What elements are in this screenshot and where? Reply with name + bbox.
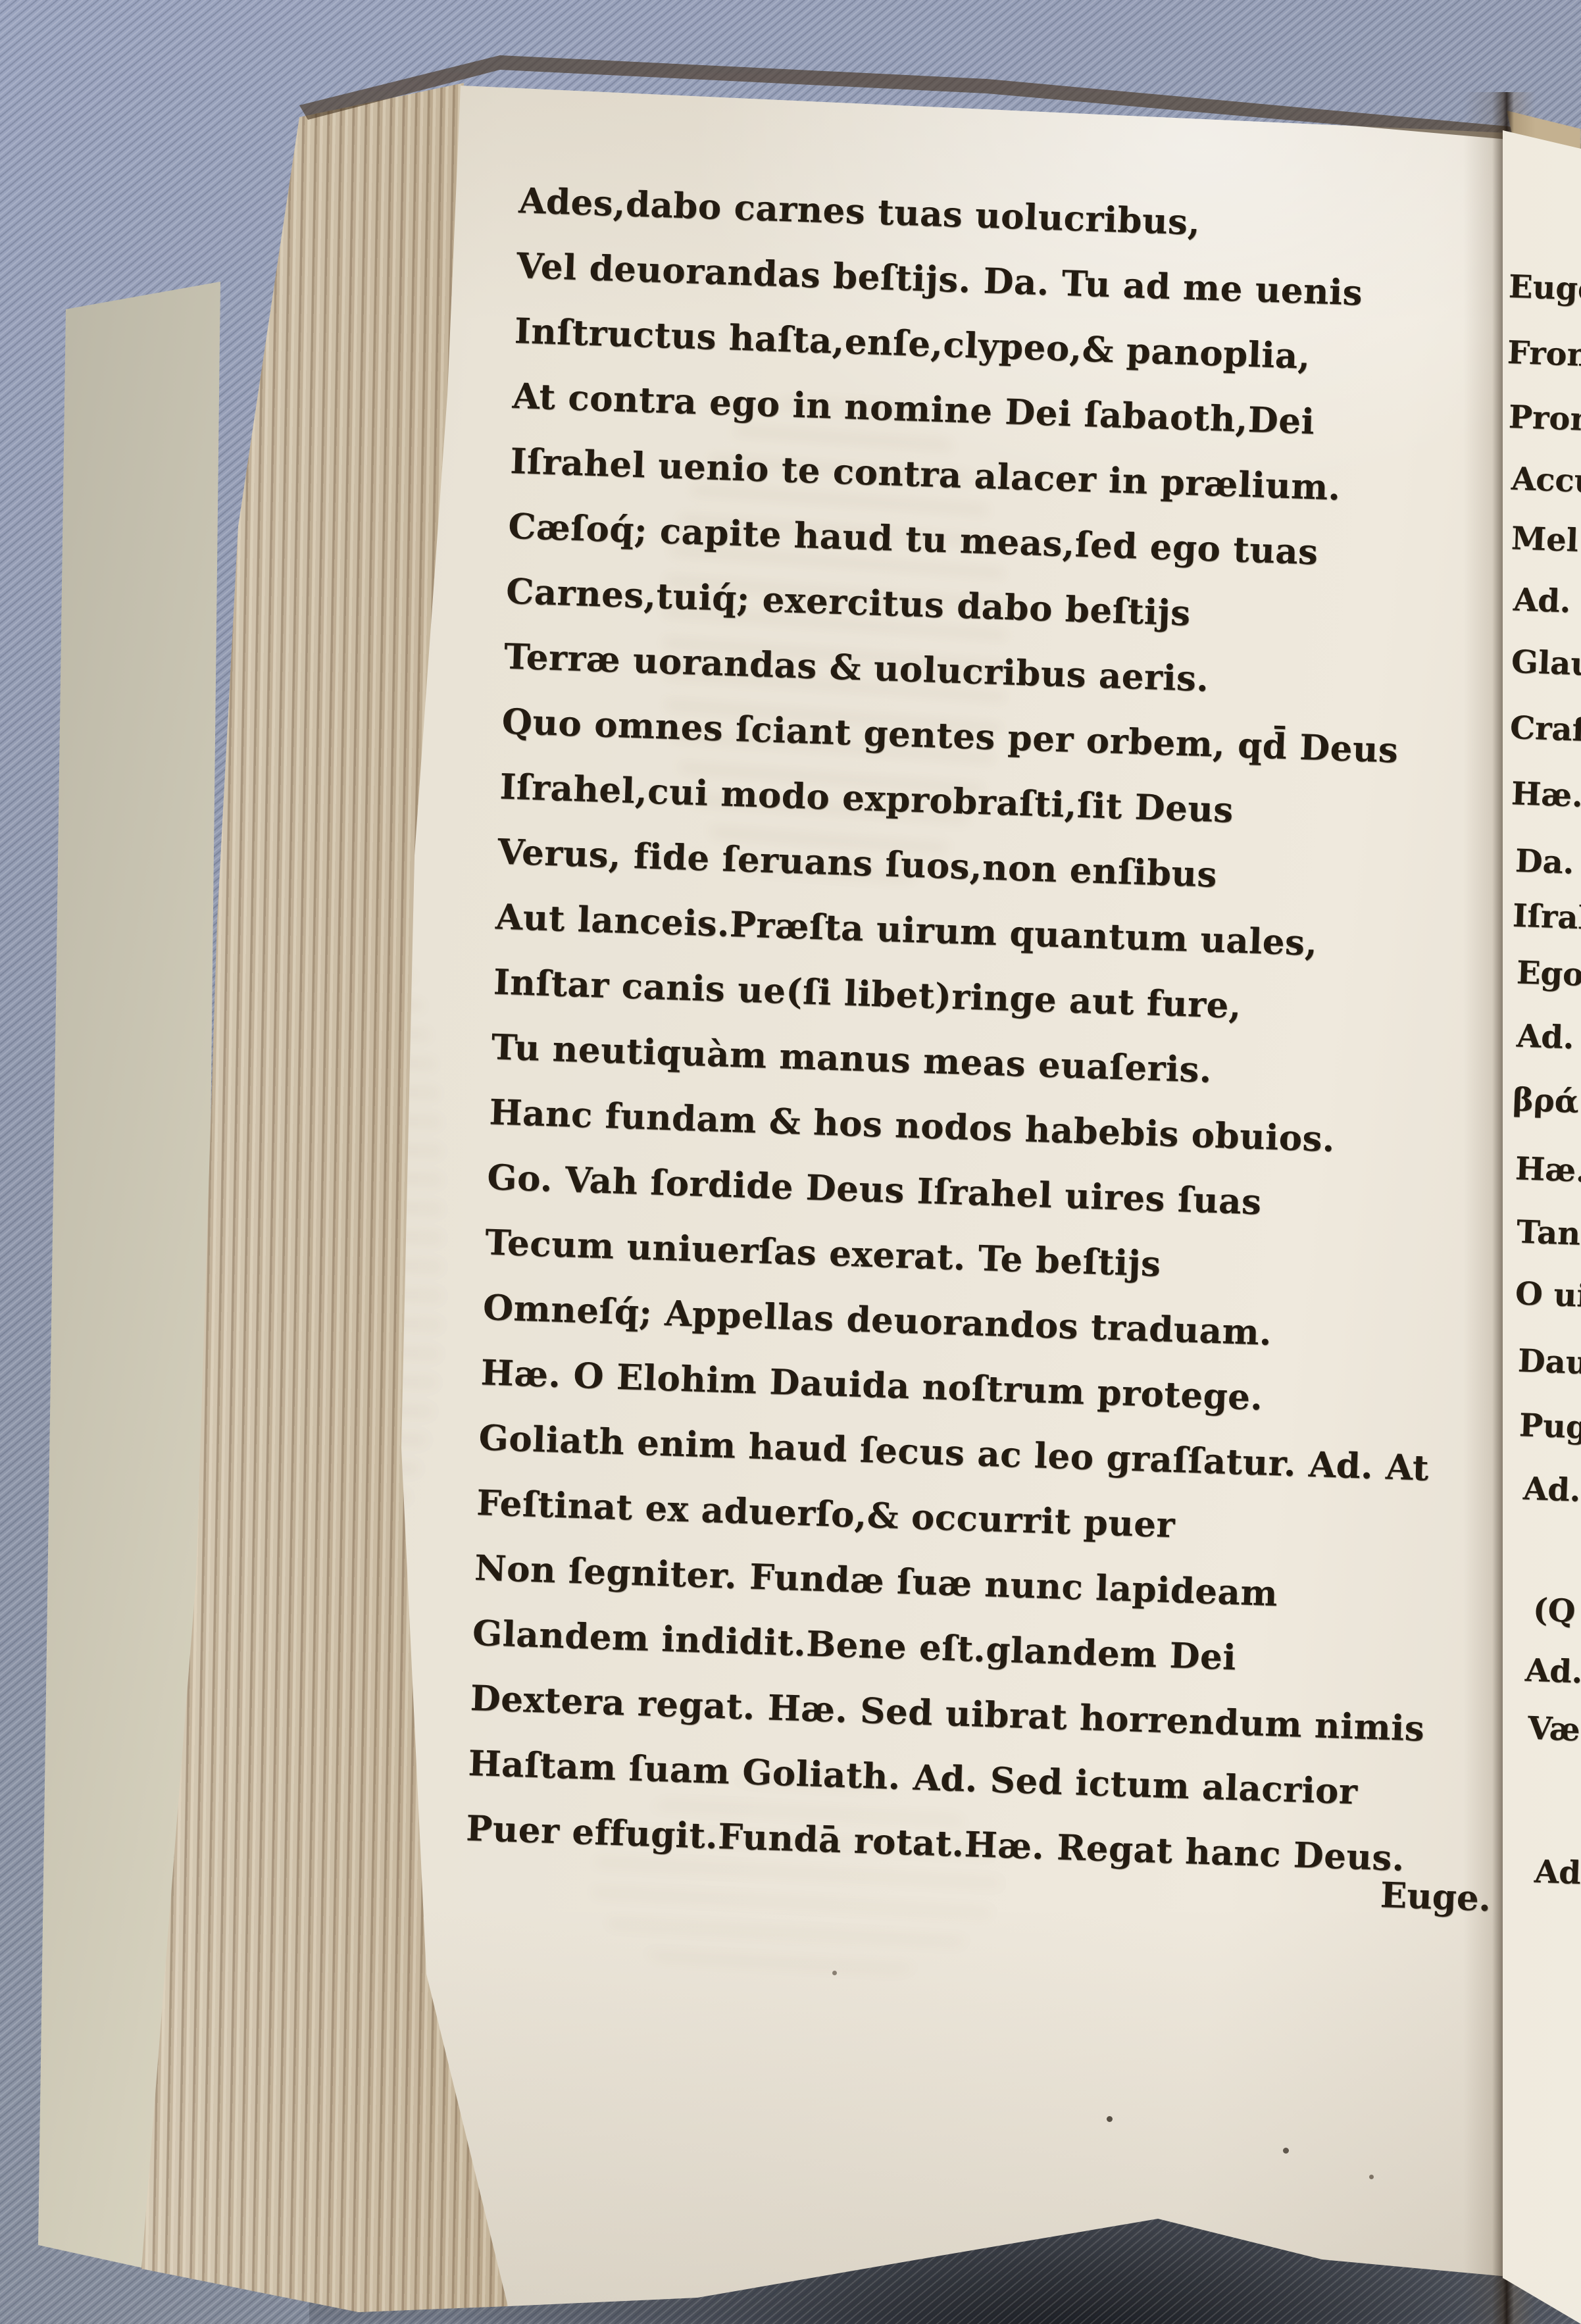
- facing-page-text-fragment: Hæ.: [1511, 775, 1581, 815]
- facing-page-text-fragment: Tan: [1516, 1213, 1581, 1252]
- facing-page-text-fragment: Fron: [1507, 334, 1581, 374]
- facing-page-text-fragment: Ad.: [1534, 1853, 1581, 1892]
- facing-page-text-fragment: Pug: [1518, 1407, 1581, 1446]
- facing-page-text-fragment: (Q: [1532, 1592, 1576, 1630]
- facing-page-text-fragment: Ego: [1516, 954, 1581, 994]
- facing-page-text-fragment: Væ: [1527, 1710, 1581, 1749]
- facing-page-text-fragment: Ad.: [1516, 1017, 1574, 1056]
- facing-page-text-fragment: O ui: [1515, 1275, 1581, 1315]
- facing-page-text-fragment: Ad.: [1522, 1470, 1581, 1509]
- facing-page-text-fragment: Da.: [1515, 842, 1574, 881]
- facing-page-text-fragment: Ad.: [1524, 1652, 1581, 1690]
- facing-page-text-fragment: Mel: [1511, 520, 1579, 559]
- facing-page-text-fragment: Craſ: [1509, 709, 1581, 749]
- facing-page-text-fragment: Ad.: [1513, 581, 1571, 620]
- facing-page-text-fragment: βρά: [1512, 1081, 1580, 1120]
- facing-page-text-fragment: Pron: [1508, 399, 1581, 438]
- facing-page-text-fragment: Iſrah: [1512, 897, 1581, 938]
- latin-verse-text-block: Ades,dabo carnes tuas uolucribus,Vel deu…: [465, 168, 1493, 1892]
- facing-page-text-fragment: Dau: [1517, 1342, 1581, 1382]
- facing-page-text-fragment: Glau: [1511, 644, 1581, 683]
- facing-page-text-fragment: Hæ.: [1515, 1150, 1581, 1190]
- facing-page-text-fragment: Accu: [1511, 461, 1581, 501]
- facing-page-text-fragment: Euge: [1508, 268, 1581, 309]
- book-photo-scene: Ades,dabo carnes tuas uolucribus,Vel deu…: [0, 0, 1581, 2324]
